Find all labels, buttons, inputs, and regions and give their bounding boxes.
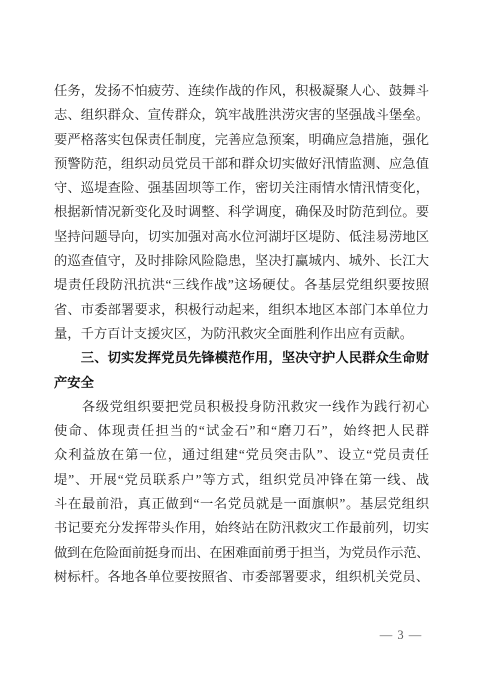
body-line: 树标杆。各地各单位要按照省、市委部署要求，组织机关党员、 [54,565,429,589]
body-line: 斗在最前沿，真正做到“一名党员就是一面旗帜”。基层党组织 [54,492,429,516]
body-line: 根据新情况新变化及时调整、科学调度，确保及时防范到位。要 [54,200,429,224]
document-text-block: 任务，发扬不怕疲劳、连续作战的作风，积极凝聚人心、鼓舞斗 志、组织群众、宣传群众… [54,79,429,589]
body-line: 要严格落实包保责任制度，完善应急预案，明确应急措施，强化 [54,128,429,152]
body-line: 使命、体现责任担当的“试金石”和“磨刀石”，始终把人民群 [54,419,429,443]
body-line: 书记要充分发挥带头作用，始终站在防汛救灾工作最前列，切实 [54,516,429,540]
body-line: 守、巡堤查险、强基固坝等工作，密切关注雨情水情汛情变化， [54,176,429,200]
body-line: 堤责任段防汛抗洪“三线作战”这场硬仗。各基层党组织要按照 [54,273,429,297]
body-line: 众利益放在第一位，通过组建“党员突击队”、设立“党员责任 [54,443,429,467]
document-page: 任务，发扬不怕疲劳、连续作战的作风，积极凝聚人心、鼓舞斗 志、组织群众、宣传群众… [0,0,482,676]
section-heading-line: 产安全 [54,371,429,395]
body-line: 省、市委部署要求，积极行动起来，组织本地区本部门本单位力 [54,298,429,322]
section-heading-line: 三、切实发挥党员先锋模范作用，坚决守护人民群众生命财 [54,346,429,370]
body-line: 的巡查值守，及时排除风险隐患，坚决打赢城内、城外、长江大 [54,249,429,273]
body-line: 预警防范，组织动员党员干部和群众切实做好汛情监测、应急值 [54,152,429,176]
body-line: 坚持问题导向，切实加强对高水位河湖圩区堤防、低洼易涝地区 [54,225,429,249]
body-line: 堤”、开展“党员联系户”等方式，组织党员冲锋在第一线、战 [54,468,429,492]
body-line: 任务，发扬不怕疲劳、连续作战的作风，积极凝聚人心、鼓舞斗 [54,79,429,103]
body-line: 各级党组织要把党员积极投身防汛救灾一线作为践行初心 [54,395,429,419]
body-line: 做到在危险面前挺身而出、在困难面前勇于担当，为党员作示范、 [54,541,429,565]
body-line: 志、组织群众、宣传群众，筑牢战胜洪涝灾害的坚强战斗堡垒。 [54,103,429,127]
body-line-paragraph-end: 量，千方百计支援灾区，为防汛救灾全面胜利作出应有贡献。 [54,322,429,346]
page-number: — 3 — [369,626,433,644]
